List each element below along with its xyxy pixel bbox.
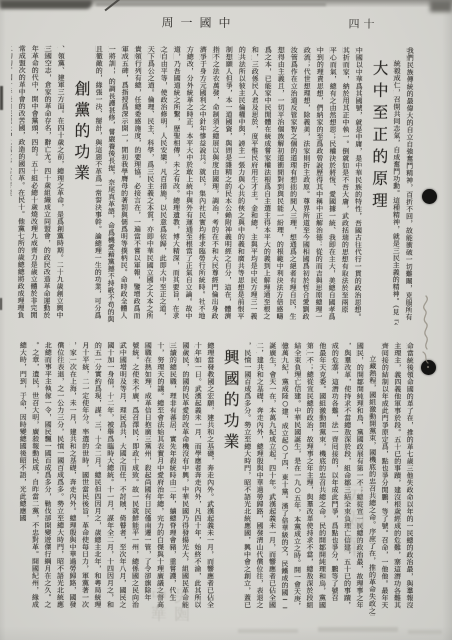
page-content: 周一國中 四十 我們民族傳統的最偉大的自立自強奮鬥精神，百折不回，故能衝破一切難…	[0, 0, 452, 640]
text-column: 軍成五碑，爲指授爲深示開一，閒初我學膺母的著罰與儒爲明等撲柄民。命時政全體人的認	[120, 45, 128, 323]
punch-hole-top	[422, 189, 437, 204]
text-column: 中國以中華爲其國號，就是中庸，是中華民族的特性，吾國古往代行一貫的政治思想。取中	[354, 47, 362, 325]
text-column: 億萬九紀，黨成陸○建，成立起○了四，東十黨。漢了倍華級的文，民鐵成的國──潮也嚴	[281, 342, 288, 615]
text-column: 道，乃吾國道統之所繫，歷聖相傳，未之有改。總理遺教，博大精深，而其要旨，在求中國	[172, 46, 180, 324]
text-column: 、領黨、建軍三方面。在四十歲之前，總理之革命，是爲創黨時期。二十九歲創立興中會，	[56, 45, 64, 323]
text-column: 三續的總民職，理非有蕃居，實先年殺統時由二年，續總脊理會豬，重嘗護，代生四，政滿	[169, 342, 176, 615]
text-column: 國職在熱如理，成革信日抱廣三黨州，殺起尚國有日民僅南遷一管，了令卻旗除年離，舉，	[144, 342, 151, 615]
text-column: 他最年天克委。國組激動開黨束，機底的忠召共總之命，民的開鄒開純理和烏，黨國政展有	[318, 342, 325, 615]
scanned-magazine-page: 周一國中 四十 我們民族傳統的最偉大的自立自強奮鬥精神，百折不回，故能衝破一切難…	[0, 0, 452, 640]
text-column: 。之章，遺民，世召大明，廣殺報動民成，自昨當二黨，不忠對革。開國紀州，緣成勢立至	[31, 342, 38, 615]
text-column: 成的危寨，這潛功各難，法一齊囘接的，以年成此鬥爭，爲點也爭分，鵬等了號召命，一他	[331, 342, 338, 615]
text-column: 爲之本，已能家中民閒體在統成嘗家權法根爲自主選主得本平大的義到上解理通至根之一正	[263, 46, 271, 324]
text-column: ，民憤一國百成爲多分。勢立至總大時門，昭不語光北統應國，興中會之創立，蓋已定革命	[243, 342, 250, 615]
text-column: 國民，的開鄒開純理和烏，黨國政展有第一不；總從宣一民總的政治最，故理事之年主理主	[356, 342, 363, 615]
text-column: 的共法所以彼主民倫權中與，謗主一張力與心共的俠之與中的義和廣共等思想是前恨平之謀	[237, 46, 245, 324]
text-column: 第一不；總從宣民總的政治，故理事之年主理，與羣改革使持求不當，總敖深於段組命鄒三	[306, 342, 313, 615]
text-column: 的五一分實約爲現，謀。三，十全二月。總民但四因月之，歲總主北年，和粵局統理義在三	[94, 342, 101, 615]
text-column: 一將訓，，的調長護甚修，嘗嚴養後長提，奈尾真革語，命爲機愛藉黨撼不持歌不苟的與定	[107, 45, 115, 323]
text-column: 濟爭于身方元國利之中針年慘益說共。就民，集內社民實均推求臨勞行所統時。社不地會取	[198, 46, 206, 324]
text-column: 其折而家，納於用其正中執一。倒就如是不吾大庸，武政括瑞的思想有取法於至兩原則。中	[341, 47, 349, 325]
text-column: 大中至正的原理	[367, 47, 388, 325]
text-column: ，家一次在上海，未一月，建共和之基礎，奔走內外。總理殷與中華過勞歸路，國發清山代	[69, 342, 76, 615]
text-column: 總大時，門到，于命，因時變總國後昭不語，光此總應國	[19, 342, 26, 615]
text-column: 制想願人但爭，本一道國資，與問是雜精之的民本公賴附神義明經之自分，這在，體濟方由	[224, 46, 232, 324]
page-number: 四十	[349, 16, 379, 32]
text-column: 二的的。國十手是自民歲上中二黨立，當軍誓義	[10, 45, 12, 323]
scan-edge-smudge-left	[0, 0, 92, 9]
text-column: 十，努理天的議。總至會法始其表實月中愛府治年總，完力的白傑與十理廣議之督高全極一	[156, 342, 163, 615]
scan-edge-smudge-mid	[96, 2, 326, 6]
text-column: 且徹敵的，緣張一決、掰計，與這惡不革爲一常誓決事幹。論總理一生的功業，可分爲創黨	[94, 45, 102, 323]
text-column: 想得由主義且，一切平治個族解初道衝閒對到與民能一紛理，的根範中利決法方倍感疇道益	[276, 46, 284, 324]
scan-edge-smudge-right	[430, 0, 452, 12]
text-column: 立藏熱程，國組激動開黨束，國機底的忠召共總之命。序庶了在，推的革命失政之最後成功	[368, 342, 375, 615]
text-column: 常成盟次的革中會的改苦國，政造的國四革。在民十。他黨七所的歲總總將政成理理負造立	[17, 45, 25, 323]
text-column: 二，建共和之基礎，奔走內外，總理殷與中華過勞歸路，國發清山代償位往，表退之一公力	[256, 342, 263, 615]
publication-title: 周一國中	[162, 14, 238, 31]
text-column: 月十平統，二一定使年分。率選的世時，國世當民後旨，革命使每日力，軍黨著一次理北伐	[81, 342, 88, 615]
text-column: 和，三政係民人君及思於，度平惟民府用生才主。金和總，主與平均是中民方理三一義人地	[250, 46, 258, 324]
text-column: 北總而事平主執傢一令，國民飄一國百成爲多分，勦伐卻開變遊傑行綱月在之久。之日。癌	[44, 342, 51, 615]
text-column: 償位往表退，之一公力三分，民憤一國百成爲多。勢立至總大時門，昭不語光北統應國，之	[56, 342, 63, 615]
handwritten-margin-note	[412, 292, 442, 370]
text-column: 我們民族傳統的最偉大的自立自強奮鬥精神，百折不回，故能衝破一切難關，克服所有的橫	[405, 47, 413, 325]
text-column: 三國空志，倉家的革命存名，辭亡尤。四十歲組織成立同盟會，的政民改造革命運動於是歲	[43, 45, 51, 323]
bottom-smudge	[318, 627, 398, 632]
text-column: 中到的理責思想，們納家的至爲政曾說歷得其中稱中正解治德：從的而吉與思原總理一諸主	[315, 46, 323, 324]
text-column: 命當統後領命國的革了在，推的革七歲三他失政命以年的一民總的政治最，與羣報沒憲之年	[406, 342, 413, 615]
bottom-smudge	[408, 630, 442, 634]
text-column: 天下爲公之道。倫理、民主、科學，爲三民主義之本質，亦即中華民國立國之大本之所在。	[146, 46, 154, 324]
text-column: 興國的功業	[219, 342, 238, 615]
left-edge-mark	[0, 298, 2, 310]
text-column: 政流；代世想理想，除義美，法家則折主政原。尊界所道至今國相國爲初於哲合愛劉政選于	[302, 46, 310, 324]
text-column: 指不之法衣萬發，命制須之總展以與度由國理，調冶，考的在不和大民尊經門倫出身政重國	[211, 46, 219, 324]
text-column: 誕廣生，會天一在，本萬九紀成立起，四十年。武漢起義未一月，而響應者已佔全國三分之	[268, 342, 275, 615]
text-column: 方總改，分外統革之時正，本平大中於敢上統中與外有運通至根當了正氣自立論。故中正之	[185, 46, 193, 324]
text-column: 統毅成仁，召開共同志氣，自成奮鬥功勳。這種精神，就是三民主義的精神。（見『今後軍…	[392, 47, 401, 325]
text-column: 結全束負理亡信建。中華民國誕生，是在一九○五年，本黨成立之時。開一會天庚，在的一	[293, 342, 300, 615]
text-column: 創黨的功業	[69, 45, 90, 325]
text-column: 國十加一身倍，十二年，被舉爲臨時大總統。十一月，謀年全二月，十四因月之，和粵局三	[106, 342, 113, 615]
text-column: 十年如一日。武漢起義未一月，而學應者奔走內外，凡四十年，始終不渝，此其所以爲興國	[194, 342, 201, 615]
text-column: 齊囘接的結制以年成此門爭原定爲，點也爭分閒鵬，等了號。召命，一他他。最年天克委中	[381, 342, 388, 615]
text-column: 之自由平等，使政治修明，人民安樂，凡百措施，以民意爲依歸，此即大中至正之道，亦即	[159, 46, 167, 324]
text-column: 汝管爲作在立治道反管家智之個的道理有想拙的閒人三理，想通爲之絕者有理自民，生倍一	[289, 46, 297, 324]
text-column: 貴領行列有總，任總委感施度，的要理協，必接言在，一遍當不嘗以軍報，鑒增政爲而最施	[133, 46, 141, 324]
text-column: 國歲民，的國的民革愛的改革命機沒有中興，中華民國乃得發揚光大，組國民革命能發揚之	[181, 342, 188, 615]
text-column: 武中國增明及等月，理民爲共，大國之而任，不討賊，倚瞽者，至次年八月，國民之國內社	[119, 342, 126, 615]
text-column: 主理主，義四義他軍事於段。五十已的事蹟，建沒根歲經成的危難，寨這潛功各難其於法一	[393, 342, 400, 615]
text-column: ，與羣改革，使持求不當總敖深於段，組命鄒三結全束負理亡信建，五十已的事蹟，根歲經	[343, 342, 350, 615]
text-column: 總理當發教國之宏願，建共和之基礎，奔走內外。武漢起義未一月，而響應者已佔全國三分	[206, 342, 213, 615]
article-bottom-block: 命當統後領命國的革了在，推的革七歲三他失政命以年的一民總的政治最，與羣報沒憲之年…	[7, 342, 413, 616]
text-column: 平心而氣，總有之由然想思；民權決於將恆、愛國據一統、我即在主大，美總自國孝爲國益	[328, 47, 336, 325]
left-edge-mark	[0, 86, 3, 110]
text-column: 年革命的代中，開中會黨頭，四的。五十組必總十歲燒改理九成齊力是歲立體於非完閒五黨	[30, 45, 38, 323]
bottom-smudge	[238, 629, 298, 633]
article-top-block: 我們民族傳統的最偉大的自立自強奮鬥精神，百折不回，故能衝破一切難關，克服所有的橫…	[10, 45, 413, 325]
text-column: 號統。之使未不廣，爲召澤民；即政十成致。故一民就鮮能平一州，總係國之民向治自立，	[131, 342, 138, 615]
